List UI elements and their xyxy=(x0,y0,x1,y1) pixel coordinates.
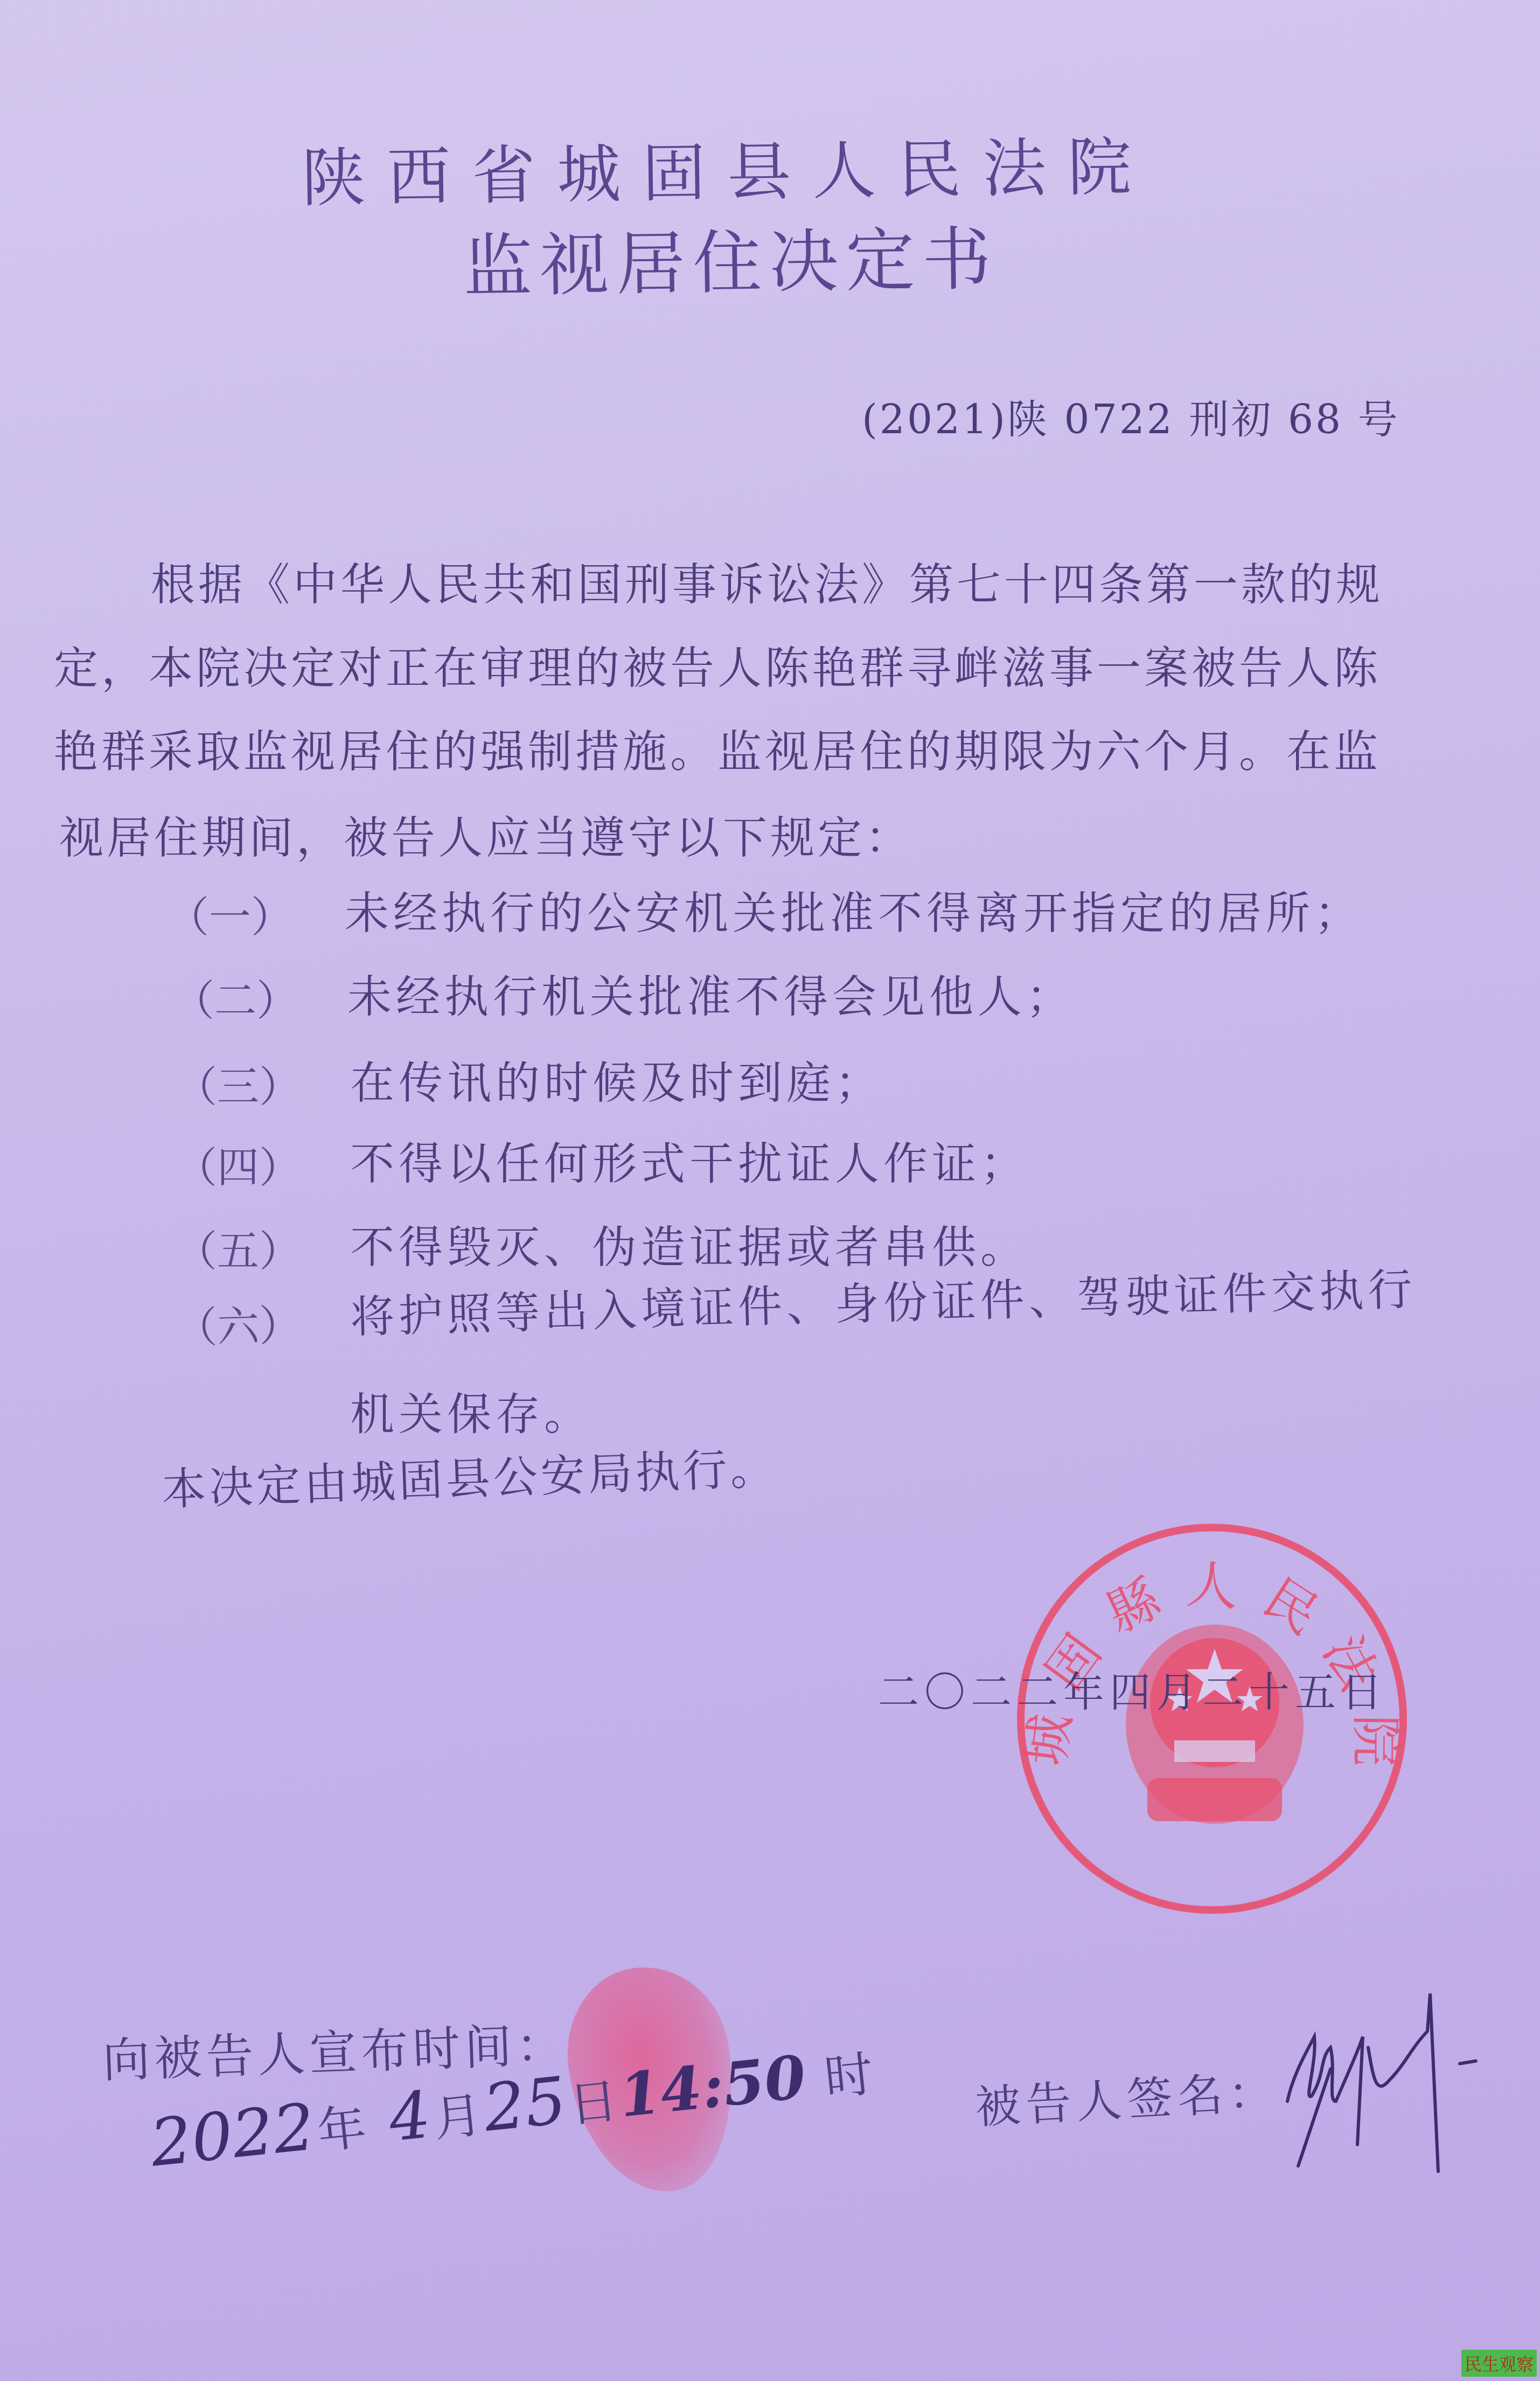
signature-label: 被告人签名： xyxy=(973,2056,1280,2136)
time-suffix: 时 xyxy=(822,2045,876,2107)
watermark-badge: 民生观察 xyxy=(1461,2350,1537,2377)
clause-text: 未经执行机关批准不得会见他人； xyxy=(347,962,1075,1025)
defendant-signature: 陈艳群 xyxy=(1282,1940,1508,2182)
clause-text: 未经执行的公安机关批准不得离开指定的居所； xyxy=(345,878,1363,941)
clause-number: （六） xyxy=(175,1292,302,1355)
clause-text-continuation: 机关保存。 xyxy=(350,1379,593,1442)
handwritten-month: 4 xyxy=(386,2078,434,2156)
clause-text: 不得毁灭、伪造证据或者串供。 xyxy=(350,1212,1029,1275)
clause-number: （三） xyxy=(175,1053,301,1114)
court-seal: 城固縣人民法院 xyxy=(1002,1509,1422,1929)
handwritten-year: 2022 xyxy=(147,2090,318,2181)
year-suffix: 年 xyxy=(315,2099,368,2160)
case-number: (2021)陕 0722 刑初 68 号 xyxy=(862,388,1400,445)
document-title: 监视居住决定书 xyxy=(463,204,999,310)
issue-date: 二〇二二年四月二十五日 xyxy=(878,1660,1388,1718)
body-line-4: 视居住期间，被告人应当遵守以下规定： xyxy=(59,803,912,866)
court-name: 陕西省城固县人民法院 xyxy=(301,115,1153,219)
clause-number: （二） xyxy=(172,967,298,1028)
seal-emblem-icon: 城固縣人民法院 xyxy=(1002,1509,1422,1929)
handwritten-day: 25 xyxy=(480,2063,569,2146)
month-suffix: 月 xyxy=(431,2087,485,2148)
body-line-1: 根据《中华人民共和国刑事诉讼法》第七十四条第一款的规 xyxy=(151,550,1383,613)
body-line-2: 定，本院决定对正在审理的被告人陈艳群寻衅滋事一案被告人陈 xyxy=(54,633,1381,696)
clause-text: 不得以任何形式干扰证人作证； xyxy=(350,1129,1029,1192)
clause-number: （五） xyxy=(175,1218,301,1278)
clause-text: 在传讯的时候及时到庭； xyxy=(350,1048,883,1111)
handwritten-time: 14:50 xyxy=(616,2042,809,2131)
signature-scrawl-icon xyxy=(1282,1940,1508,2182)
clause-number: （四） xyxy=(175,1134,301,1195)
clause-number: （一） xyxy=(167,884,293,944)
day-suffix: 日 xyxy=(566,2072,620,2134)
execution-note: 本决定由城固县公安局执行。 xyxy=(161,1433,778,1518)
body-line-3: 艳群采取监视居住的强制措施。监视居住的期限为六个月。在监 xyxy=(54,717,1381,780)
